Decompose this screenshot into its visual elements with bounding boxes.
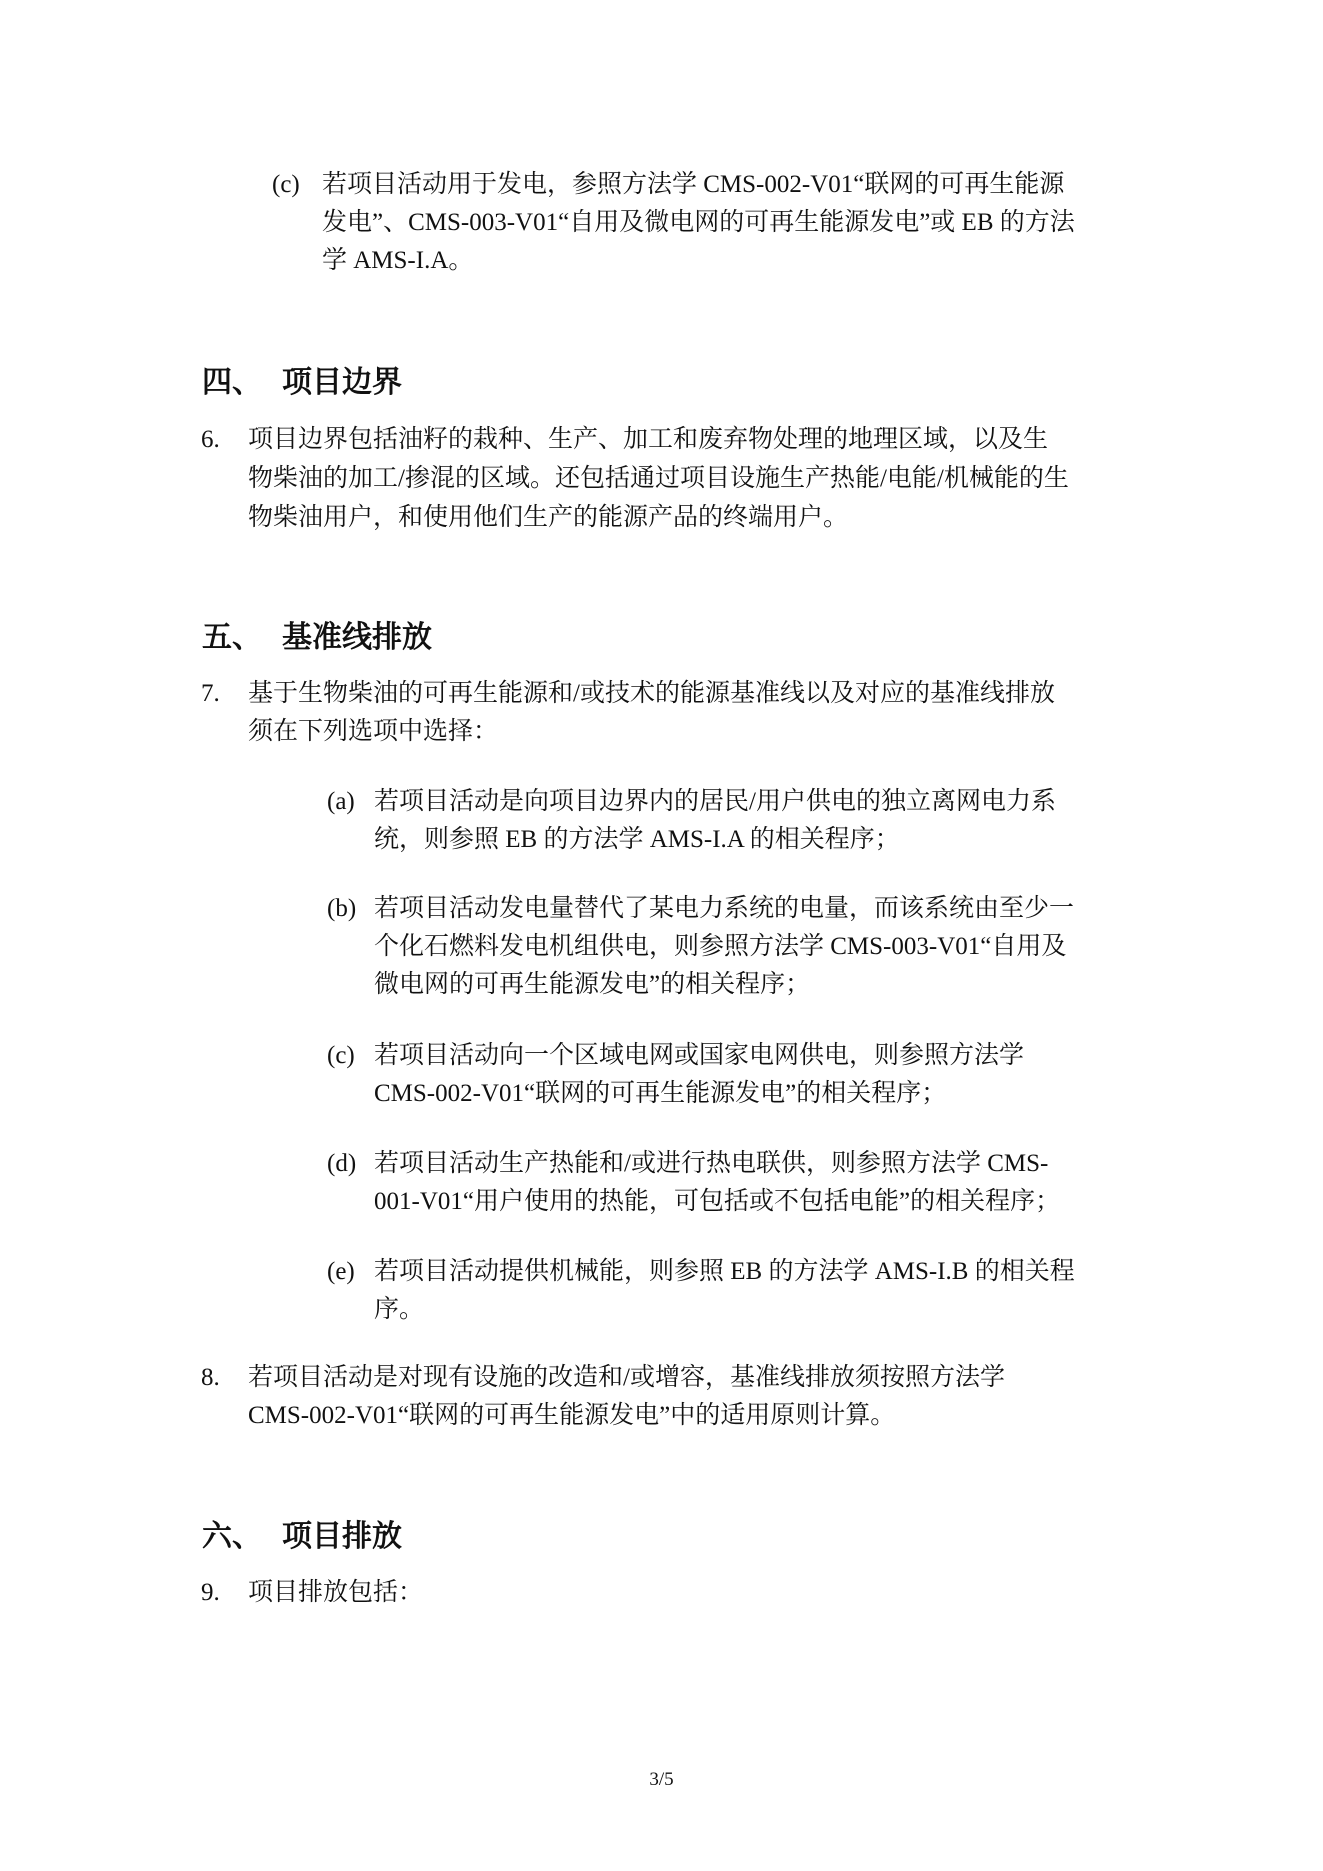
item-text-line: 若项目活动用于发电，参照方法学 CMS-002-V01“联网的可再生能源 — [322, 166, 1064, 204]
subitem-label: (b) — [327, 890, 356, 928]
subitem-line: 个化石燃料发电机组供电，则参照方法学 CMS-003-V01“自用及 — [374, 928, 1066, 966]
subitem-label: (d) — [327, 1145, 356, 1183]
paragraph-line: 须在下列选项中选择： — [248, 713, 498, 751]
paragraph-line: 项目排放包括： — [248, 1574, 423, 1612]
subitem-line: 若项目活动提供机械能，则参照 EB 的方法学 AMS-I.B 的相关程 — [374, 1253, 1075, 1291]
section-title: 项目排放 — [282, 1517, 402, 1557]
item-text-line: 发电”、CMS-003-V01“自用及微电网的可再生能源发电”或 EB 的方法 — [322, 204, 1075, 242]
section-number: 四、 — [202, 363, 262, 403]
subitem-line: 001-V01“用户使用的热能，可包括或不包括电能”的相关程序； — [374, 1183, 1060, 1221]
paragraph-line: 若项目活动是对现有设施的改造和/或增容，基准线排放须按照方法学 — [248, 1359, 1005, 1397]
subitem-line: CMS-002-V01“联网的可再生能源发电”的相关程序； — [374, 1075, 946, 1113]
subitem-label: (a) — [327, 783, 355, 821]
subitem-label: (e) — [327, 1253, 355, 1291]
item-text-line: 学 AMS-I.A。 — [322, 242, 473, 280]
paragraph-number: 9. — [201, 1574, 220, 1612]
section-title: 项目边界 — [282, 363, 402, 403]
paragraph-line: 项目边界包括油籽的栽种、生产、加工和废弃物处理的地理区域，以及生 — [248, 421, 1048, 459]
paragraph-number: 6. — [201, 421, 220, 459]
paragraph-number: 7. — [201, 675, 220, 713]
paragraph-line: CMS-002-V01“联网的可再生能源发电”中的适用原则计算。 — [248, 1397, 895, 1435]
paragraph-number: 8. — [201, 1359, 220, 1397]
paragraph-line: 基于生物柴油的可再生能源和/或技术的能源基准线以及对应的基准线排放 — [248, 675, 1055, 713]
subitem-line: 若项目活动是向项目边界内的居民/用户供电的独立离网电力系 — [374, 783, 1056, 821]
subitem-line: 统，则参照 EB 的方法学 AMS-I.A 的相关程序； — [374, 821, 900, 859]
item-label: (c) — [272, 166, 300, 204]
section-number: 五、 — [202, 618, 262, 658]
subitem-line: 序。 — [374, 1291, 424, 1329]
paragraph-line: 物柴油的加工/掺混的区域。还包括通过项目设施生产热能/电能/机械能的生 — [248, 460, 1069, 498]
subitem-line: 微电网的可再生能源发电”的相关程序； — [374, 966, 810, 1004]
subitem-line: 若项目活动向一个区域电网或国家电网供电，则参照方法学 — [374, 1037, 1024, 1075]
subitem-label: (c) — [327, 1037, 355, 1075]
paragraph-line: 物柴油用户，和使用他们生产的能源产品的终端用户。 — [248, 499, 848, 537]
page-number: 3/5 — [0, 1768, 1323, 1792]
subitem-line: 若项目活动发电量替代了某电力系统的电量，而该系统由至少一 — [374, 890, 1074, 928]
section-title: 基准线排放 — [282, 618, 432, 658]
section-number: 六、 — [202, 1517, 262, 1557]
subitem-line: 若项目活动生产热能和/或进行热电联供，则参照方法学 CMS- — [374, 1145, 1048, 1183]
